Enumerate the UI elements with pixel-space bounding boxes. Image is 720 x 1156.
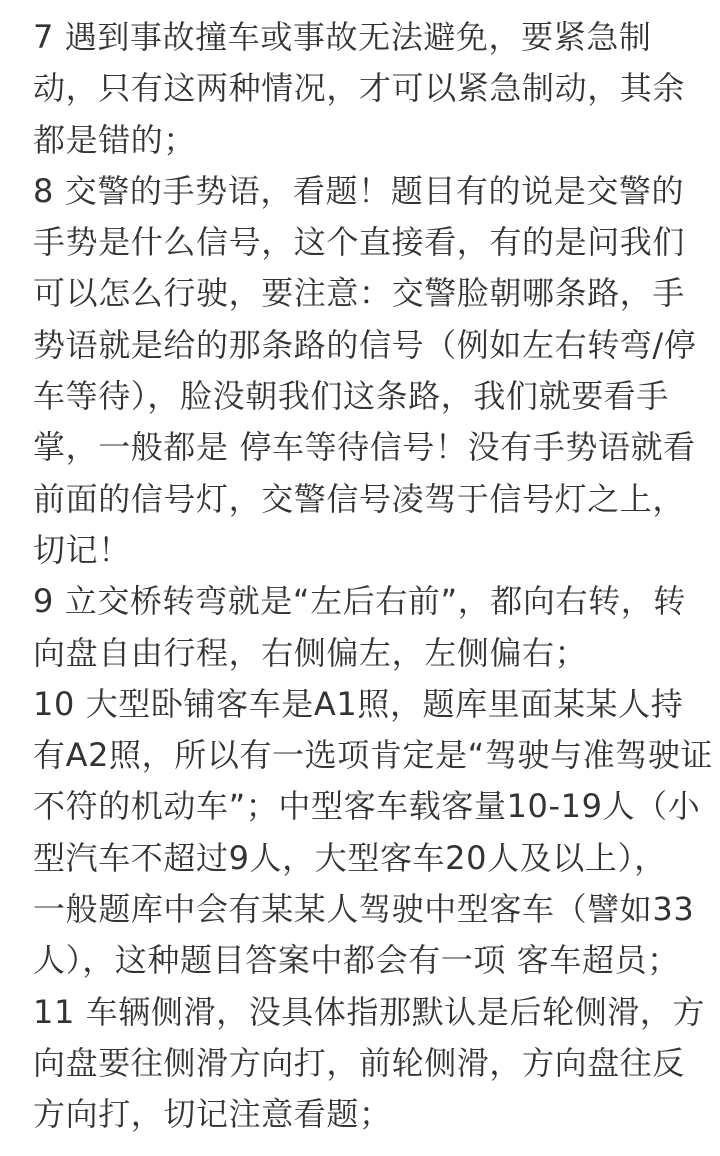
text-line: 方向打，切记注意看题； <box>33 1089 710 1140</box>
text-line: 型汽车不超过9人，大型客车20人及以上）， <box>33 833 710 884</box>
text-line: 向盘自由行程，右侧偏左，左侧偏右； <box>33 628 710 679</box>
text-line: 9 立交桥转弯就是“左后右前”，都向右转，转 <box>33 576 710 627</box>
tip-item-8: 8 交警的手势语，看题！题目有的说是交警的 手势是什么信号，这个直接看，有的是问… <box>33 166 710 576</box>
text-line: 不符的机动车”；中型客车载客量10-19人（小 <box>33 781 710 832</box>
tip-item-10: 10 大型卧铺客车是A1照，题库里面某某人持 有A2照，所以有一选项肯定是“驾驶… <box>33 679 710 987</box>
text-line: 7 遇到事故撞车或事故无法避免，要紧急制 <box>33 12 710 63</box>
tip-item-7: 7 遇到事故撞车或事故无法避免，要紧急制 动，只有这两种情况，才可以紧急制动，其… <box>33 12 710 166</box>
text-line: 动，只有这两种情况，才可以紧急制动，其余 <box>33 63 710 114</box>
text-line: 车等待），脸没朝我们这条路，我们就要看手 <box>33 371 710 422</box>
text-line: 前面的信号灯，交警信号凌驾于信号灯之上， <box>33 474 710 525</box>
text-line: 掌，一般都是 停车等待信号！没有手势语就看 <box>33 422 710 473</box>
tip-item-9: 9 立交桥转弯就是“左后右前”，都向右转，转 向盘自由行程，右侧偏左，左侧偏右； <box>33 576 710 679</box>
tip-item-11: 11 车辆侧滑，没具体指那默认是后轮侧滑，方 向盘要往侧滑方向打，前轮侧滑，方向… <box>33 987 710 1141</box>
text-line: 都是错的； <box>33 115 710 166</box>
text-line: 可以怎么行驶，要注意：交警脸朝哪条路，手 <box>33 268 710 319</box>
text-line: 10 大型卧铺客车是A1照，题库里面某某人持 <box>33 679 710 730</box>
text-line: 一般题库中会有某某人驾驶中型客车（譬如33 <box>33 884 710 935</box>
text-line: 11 车辆侧滑，没具体指那默认是后轮侧滑，方 <box>33 987 710 1038</box>
text-line: 8 交警的手势语，看题！题目有的说是交警的 <box>33 166 710 217</box>
text-line: 人），这种题目答案中都会有一项 客车超员； <box>33 935 710 986</box>
text-line: 有A2照，所以有一选项肯定是“驾驶与准驾驶证 <box>33 730 710 781</box>
text-line: 势语就是给的那条路的信号（例如左右转弯/停 <box>33 320 710 371</box>
text-line: 向盘要往侧滑方向打，前轮侧滑，方向盘往反 <box>33 1038 710 1089</box>
text-line: 切记！ <box>33 525 710 576</box>
document-body: 7 遇到事故撞车或事故无法避免，要紧急制 动，只有这两种情况，才可以紧急制动，其… <box>33 12 710 1141</box>
text-line: 手势是什么信号，这个直接看，有的是问我们 <box>33 217 710 268</box>
